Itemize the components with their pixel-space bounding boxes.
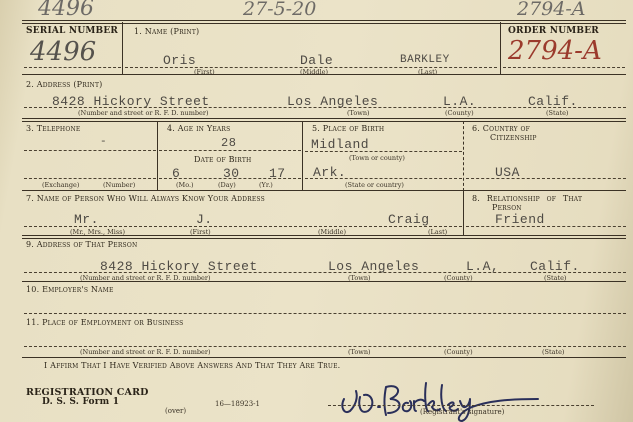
relationship-value: Friend bbox=[495, 212, 545, 227]
relationship-label-2: Person bbox=[492, 203, 522, 212]
divider bbox=[157, 121, 158, 191]
signature-line bbox=[328, 405, 594, 406]
telephone-value: - bbox=[100, 136, 107, 148]
name-first-value: Oris bbox=[163, 53, 196, 68]
caption-month: (Mo.) bbox=[176, 181, 194, 189]
caption-county: (County) bbox=[445, 109, 474, 117]
dash-line bbox=[159, 150, 301, 151]
serial-pencil-annotation: 4496 bbox=[38, 0, 94, 21]
name-last-value: BARKLEY bbox=[400, 54, 450, 66]
dash-line bbox=[125, 67, 497, 68]
divider bbox=[122, 22, 123, 74]
caption-day: (Day) bbox=[218, 181, 236, 189]
dash-line bbox=[24, 346, 626, 347]
date-pencil-annotation: 27-5-20 bbox=[243, 0, 316, 20]
caption-town: (Town) bbox=[347, 109, 370, 117]
caption-state: (State) bbox=[546, 109, 568, 117]
employer-label: 10. Employer's Name bbox=[26, 285, 114, 294]
divider bbox=[500, 22, 501, 74]
order-pencil-annotation: 2794-A bbox=[517, 0, 586, 20]
row-divider bbox=[22, 357, 626, 358]
caption-street: (Number and street or R. F. D. number) bbox=[78, 109, 209, 117]
row-divider bbox=[22, 118, 626, 122]
birthplace-label: 5. Place of Birth bbox=[312, 124, 384, 133]
row-divider bbox=[22, 190, 626, 191]
dash-line bbox=[466, 178, 626, 179]
row-divider bbox=[22, 235, 626, 239]
row-divider bbox=[22, 74, 626, 75]
birthplace-town-value: Midland bbox=[311, 137, 369, 152]
order-number-label: ORDER NUMBER bbox=[508, 26, 599, 36]
dash-line bbox=[24, 178, 156, 179]
caption-number: (Number) bbox=[103, 181, 135, 189]
top-border bbox=[22, 20, 626, 24]
caption-street: (Number and street or R. F. D. number) bbox=[80, 348, 211, 356]
name-label: 1. Name (Print) bbox=[134, 27, 199, 36]
divider bbox=[302, 121, 303, 191]
caption-town-or-county: (Town or county) bbox=[349, 154, 405, 162]
relationship-label-1: 8. Relationship of That bbox=[472, 194, 582, 203]
contact-title-value: Mr. bbox=[74, 212, 99, 227]
caption-state: (State) bbox=[542, 348, 564, 356]
dash-line bbox=[159, 178, 301, 179]
dash-line bbox=[24, 313, 626, 314]
divider bbox=[463, 191, 464, 235]
date-of-birth-label: Date of Birth bbox=[194, 155, 251, 164]
citizenship-label-1: 6. Country of bbox=[472, 124, 530, 133]
telephone-label: 3. Telephone bbox=[26, 124, 80, 133]
contact-first-value: J. bbox=[196, 212, 213, 227]
caption-state-or-country: (State or country) bbox=[345, 181, 404, 189]
printing-code: 16—18923-1 bbox=[215, 400, 260, 408]
employment-place-label: 11. Place of Employment or Business bbox=[26, 318, 183, 327]
citizenship-label-2: Citizenship bbox=[490, 133, 537, 142]
serial-number-label: SERIAL NUMBER bbox=[26, 26, 118, 36]
caption-exchange: (Exchange) bbox=[42, 181, 79, 189]
contact-last-value: Craig bbox=[388, 212, 430, 227]
name-middle-value: Dale bbox=[300, 53, 333, 68]
serial-number-value: 4496 bbox=[30, 37, 96, 67]
dash-line bbox=[24, 272, 626, 273]
row-divider bbox=[22, 281, 626, 282]
dash-line bbox=[24, 150, 156, 151]
contact-label: 7. Name of Person Who Will Always Know Y… bbox=[26, 194, 265, 203]
affirmation-text: I Affirm That I Have Verified Above Answ… bbox=[44, 361, 340, 370]
registration-card: 4496 27-5-20 2794-A SERIAL NUMBER 4496 1… bbox=[0, 0, 633, 422]
caption-year: (Yr.) bbox=[259, 181, 273, 189]
age-value: 28 bbox=[221, 136, 236, 150]
address-label: 2. Address (Print) bbox=[26, 80, 103, 89]
dash-line bbox=[466, 226, 626, 227]
contact-address-label: 9. Address of That Person bbox=[26, 240, 137, 249]
caption-town: (Town) bbox=[348, 348, 371, 356]
dash-line bbox=[305, 178, 462, 179]
dash-line bbox=[24, 67, 121, 68]
divider bbox=[463, 121, 464, 191]
dash-line bbox=[24, 107, 626, 108]
form-number: D. S. S. Form 1 bbox=[42, 397, 119, 407]
order-number-value: 2794-A bbox=[508, 36, 602, 66]
dash-line bbox=[503, 67, 625, 68]
dash-line bbox=[24, 226, 462, 227]
dash-line bbox=[305, 151, 462, 152]
signature-caption: (Registrant's signature) bbox=[420, 408, 504, 416]
age-label: 4. Age in Years bbox=[167, 124, 230, 133]
over-note: (over) bbox=[165, 407, 186, 415]
caption-county: (County) bbox=[444, 348, 473, 356]
